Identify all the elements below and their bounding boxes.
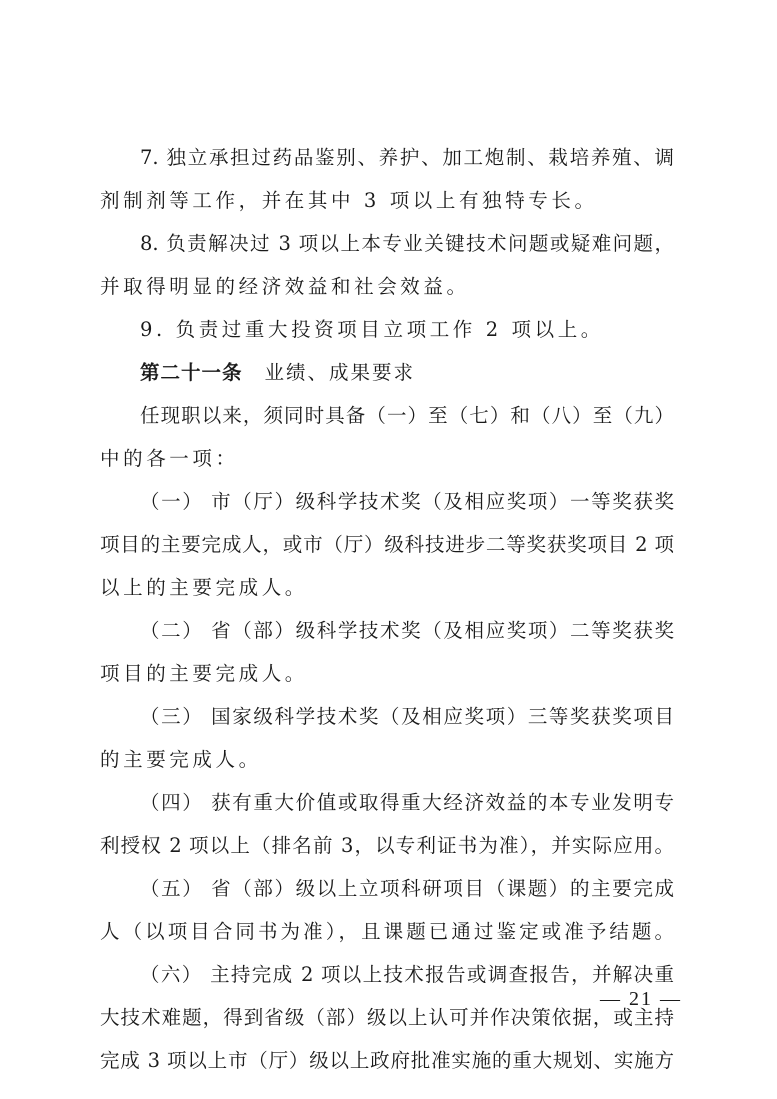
clause-1-line-1: （一） 市（厅）级科学技术奖（及相应奖项）一等奖获奖	[140, 487, 674, 517]
article-number: 第二十一条	[140, 361, 243, 384]
article-heading: 第二十一条业绩、成果要求	[140, 358, 674, 388]
clause-3-line-2: 的主要完成人。	[100, 745, 674, 775]
clause-1-line-3: 以上的主要完成人。	[100, 573, 674, 603]
clause-1-line-2: 项目的主要完成人，或市（厅）级科技进步二等奖获奖项目 2 项	[100, 530, 674, 560]
item-7-line-1: 7. 独立承担过药品鉴别、养护、加工炮制、栽培养殖、调	[140, 143, 674, 173]
clause-5-line-1: （五） 省（部）级以上立项科研项目（课题）的主要完成	[140, 874, 674, 904]
clause-6-line-1: （六） 主持完成 2 项以上技术报告或调查报告，并解决重	[140, 960, 674, 990]
item-7-line-2: 剂制剂等工作，并在其中 3 项以上有独特专长。	[100, 186, 674, 216]
clause-5-line-2: 人（以项目合同书为准），且课题已通过鉴定或准予结题。	[100, 917, 674, 947]
article-title: 业绩、成果要求	[265, 361, 416, 384]
intro-line-1: 任现职以来，须同时具备（一）至（七）和（八）至（九）	[140, 401, 674, 431]
clause-3-line-1: （三） 国家级科学技术奖（及相应奖项）三等奖获奖项目	[140, 702, 674, 732]
item-8-line-2: 并取得明显的经济效益和社会效益。	[100, 272, 674, 302]
page-number: — 21 —	[600, 988, 682, 1011]
item-9-line-1: 9. 负责过重大投资项目立项工作 2 项以上。	[140, 315, 674, 345]
clause-2-line-1: （二） 省（部）级科学技术奖（及相应奖项）二等奖获奖	[140, 616, 674, 646]
clause-4-line-2: 利授权 2 项以上（排名前 3，以专利证书为准），并实际应用。	[100, 831, 674, 861]
clause-6-line-2: 大技术难题，得到省级（部）级以上认可并作决策依据，或主持	[100, 1003, 674, 1033]
intro-line-2: 中的各一项：	[100, 444, 674, 474]
clause-4-line-1: （四） 获有重大价值或取得重大经济效益的本专业发明专	[140, 788, 674, 818]
document-page: 7. 独立承担过药品鉴别、养护、加工炮制、栽培养殖、调 剂制剂等工作，并在其中 …	[0, 0, 777, 1099]
clause-6-line-3: 完成 3 项以上市（厅）级以上政府批准实施的重大规划、实施方	[100, 1046, 674, 1076]
clause-2-line-2: 项目的主要完成人。	[100, 659, 674, 689]
item-8-line-1: 8. 负责解决过 3 项以上本专业关键技术问题或疑难问题，	[140, 229, 674, 259]
